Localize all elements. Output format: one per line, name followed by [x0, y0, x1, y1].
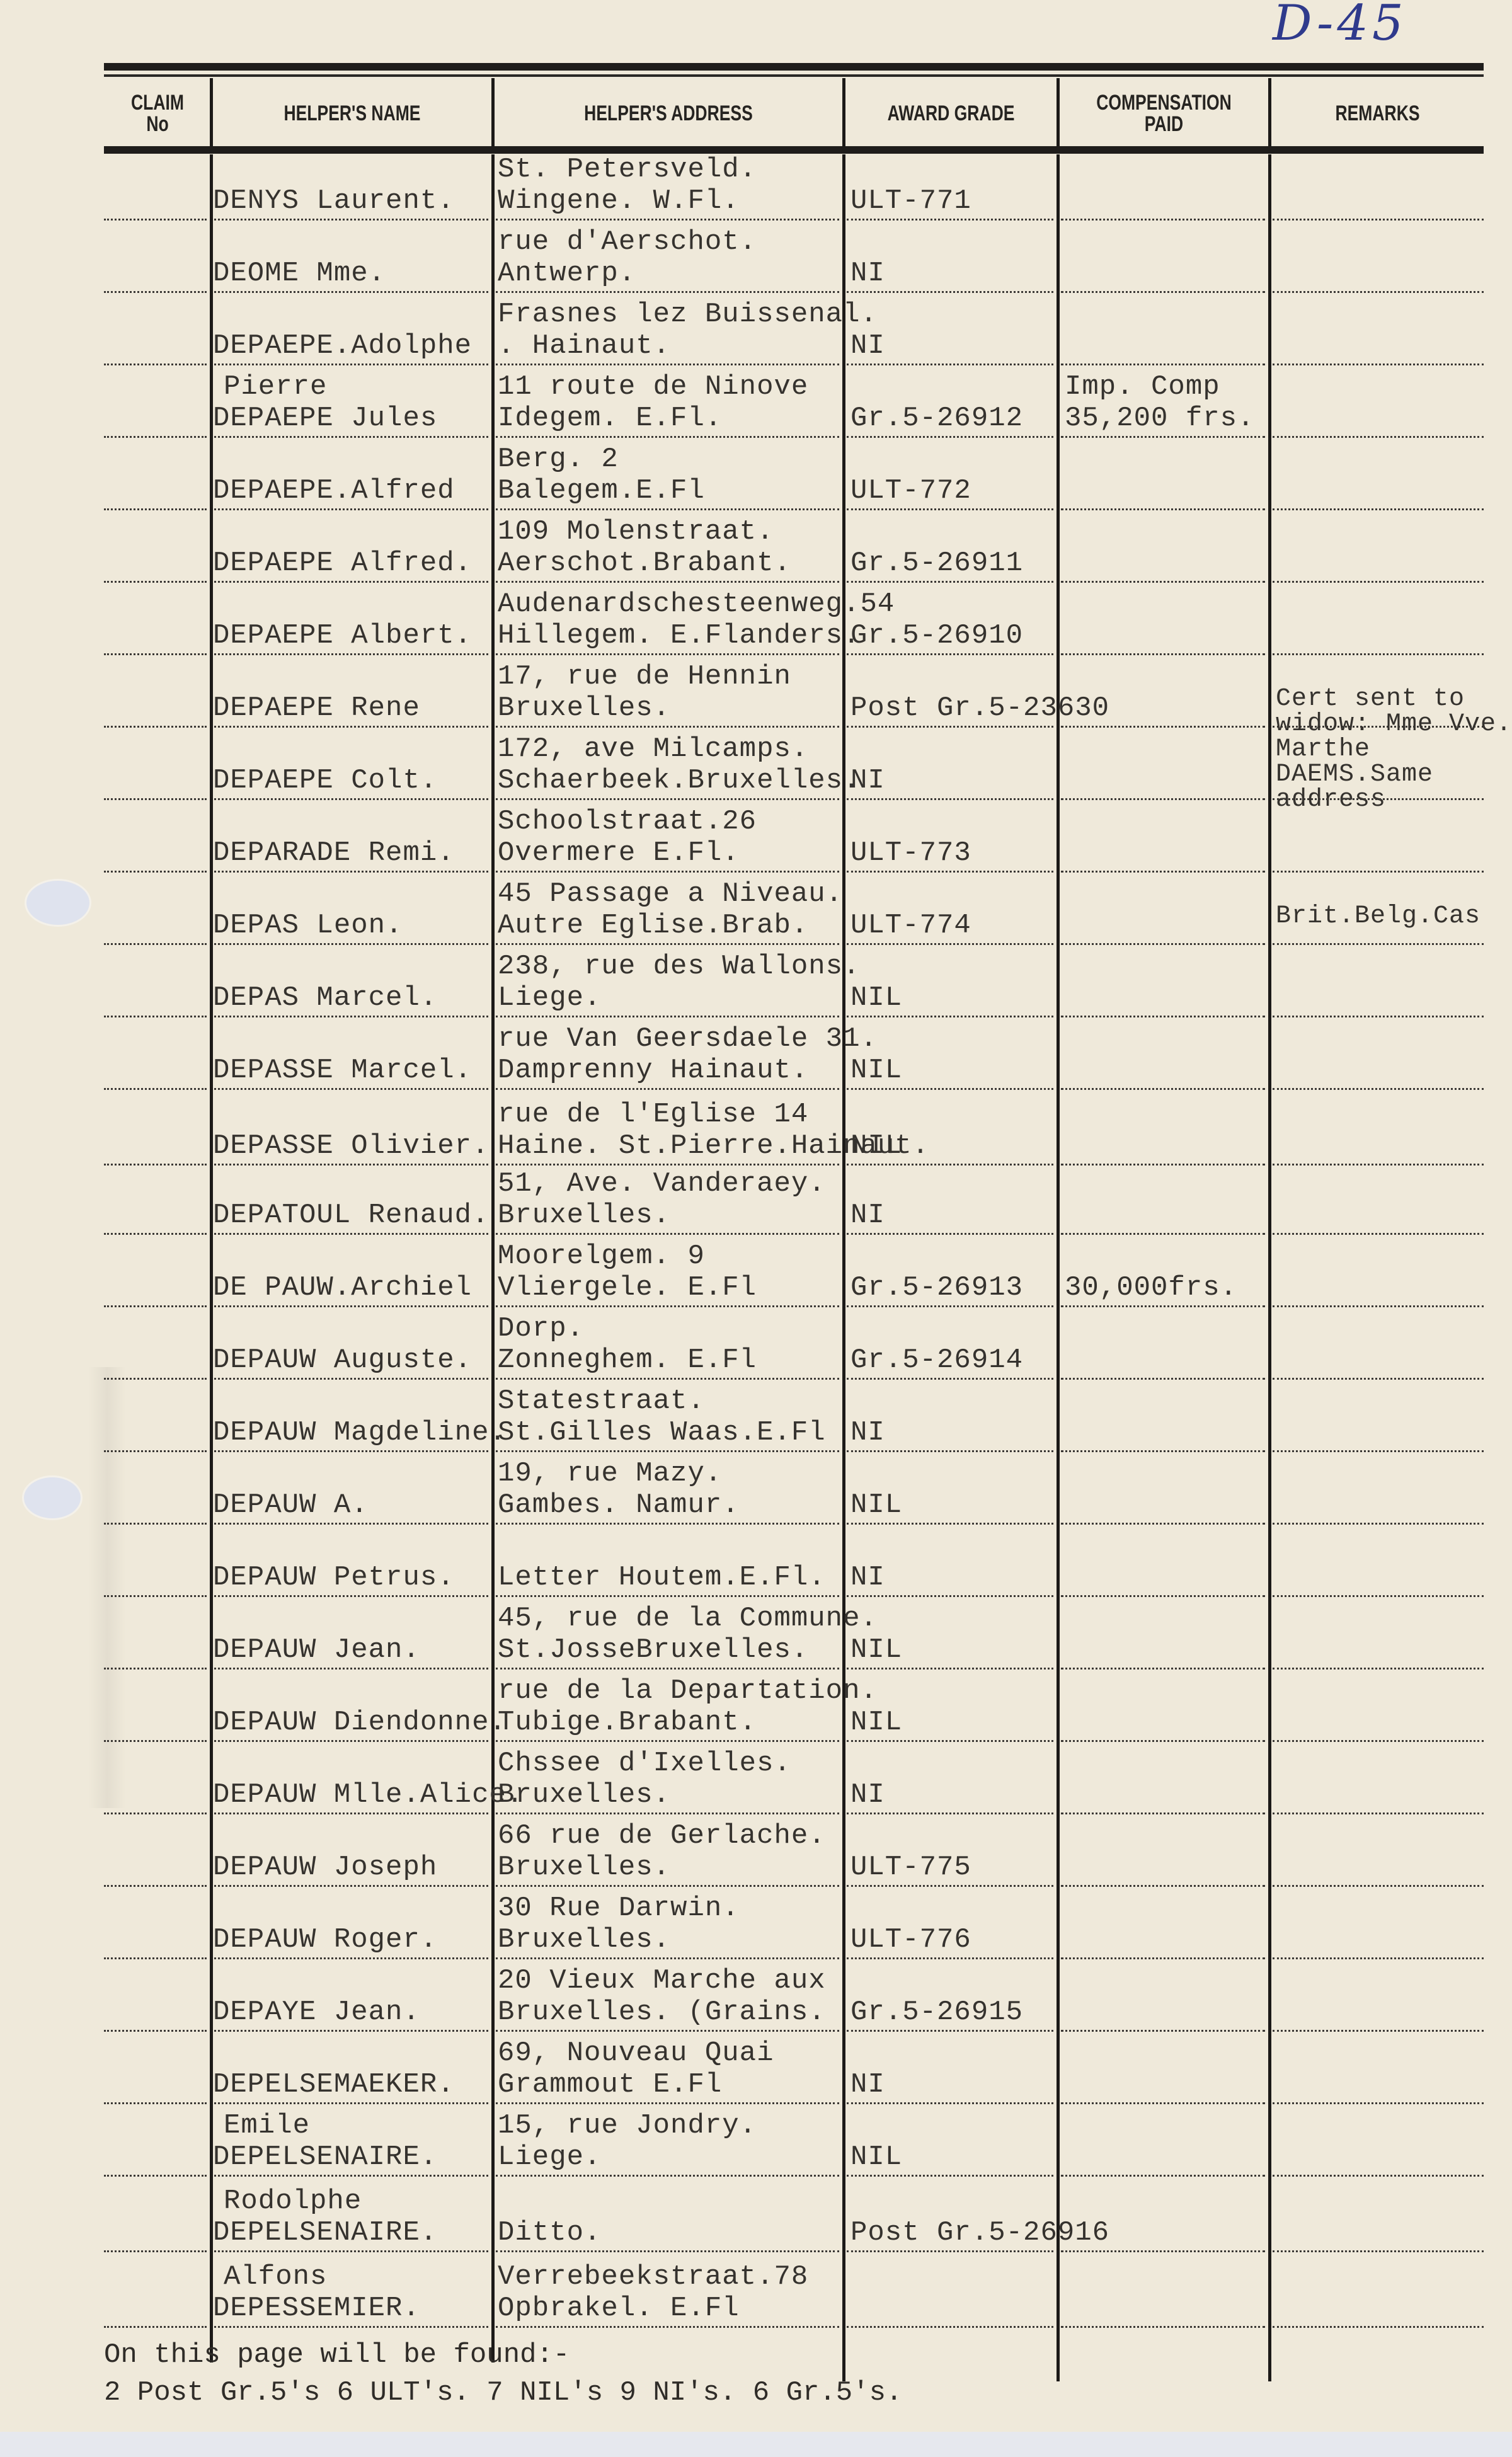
header-bottom-rule [104, 146, 1484, 154]
row-dotted-rule [1273, 1885, 1484, 1887]
row-dotted-rule [214, 2175, 488, 2177]
row-dotted-rule [496, 798, 839, 800]
column-header-award-grade: AWARD GRADE [869, 82, 1033, 145]
column-header-compensation-paid: COMPENSATION PAID [1082, 82, 1245, 145]
helper-address-line-1: Frasnes lez Buissenal. [498, 298, 878, 331]
helper-address-line-2: Autre Eglise.Brab. [498, 909, 808, 942]
row-dotted-rule [214, 1595, 488, 1597]
helper-address-line-1: rue de la Departation. [498, 1675, 878, 1707]
row-dotted-rule [104, 1088, 207, 1090]
row-dotted-rule [104, 2030, 207, 2032]
helper-name: DEPAEPE Alfred. [213, 547, 472, 580]
helper-name: DEPAEPE Rene [213, 692, 420, 724]
helper-address-line-1: 238, rue des Wallons. [498, 950, 861, 983]
header-divider [842, 78, 845, 146]
row-dotted-rule [214, 2030, 488, 2032]
binder-hole [26, 881, 89, 925]
row-dotted-rule [104, 219, 207, 220]
row-dotted-rule [496, 1088, 839, 1090]
row-dotted-rule [847, 436, 1053, 438]
helper-address-line-1: 19, rue Mazy. [498, 1457, 722, 1490]
row-dotted-rule [1273, 1088, 1484, 1090]
column-divider [842, 154, 845, 2381]
helper-name: DEPAUW Roger. [213, 1923, 437, 1956]
award-grade: NIL [850, 2141, 902, 2173]
row-dotted-rule [496, 1450, 839, 1452]
row-dotted-rule [104, 1305, 207, 1307]
row-dotted-rule [496, 871, 839, 873]
helper-address-line-2: Idegem. E.Fl. [498, 402, 722, 435]
row-dotted-rule [496, 1305, 839, 1307]
helper-address-line-2: Liege. [498, 982, 601, 1014]
row-dotted-rule [847, 943, 1053, 945]
row-dotted-rule [104, 653, 207, 655]
row-dotted-rule [1273, 1740, 1484, 1742]
row-dotted-rule [214, 219, 488, 220]
row-dotted-rule [214, 1305, 488, 1307]
row-dotted-rule [496, 2326, 839, 2328]
row-dotted-rule [847, 291, 1053, 293]
helper-address-line-2: Hillegem. E.Flanders. [498, 619, 861, 652]
row-dotted-rule [1273, 2175, 1484, 2177]
row-dotted-rule [104, 581, 207, 583]
row-dotted-rule [214, 364, 488, 365]
helper-address-line-1: Statestraat. [498, 1385, 705, 1417]
row-dotted-rule [496, 2175, 839, 2177]
row-dotted-rule [1061, 2030, 1265, 2032]
helper-address-line-2: Grammout E.Fl [498, 2068, 722, 2101]
row-dotted-rule [104, 1813, 207, 1814]
award-grade: NIL [850, 1634, 902, 1666]
helper-name: DEPAUW Joseph [213, 1851, 437, 1884]
row-dotted-rule [847, 1595, 1053, 1597]
helper-name: DEPASSE Olivier. [213, 1130, 489, 1162]
row-dotted-rule [496, 1885, 839, 1887]
row-dotted-rule [104, 2102, 207, 2104]
row-dotted-rule [1061, 1740, 1265, 1742]
helper-name: DEPASSE Marcel. [213, 1054, 472, 1087]
helper-first-name: Emile [224, 2109, 310, 2142]
row-dotted-rule [104, 508, 207, 510]
helper-name: DEPESSEMIER. [213, 2292, 420, 2325]
helper-address-line-2: Opbrakel. E.Fl [498, 2292, 740, 2325]
row-dotted-rule [214, 2102, 488, 2104]
helper-address-line-1: 45, rue de la Commune. [498, 1602, 878, 1635]
helper-name: DEPAEPE Jules [213, 402, 437, 435]
column-divider [491, 154, 495, 2362]
page-reference: D-45 [1273, 0, 1407, 52]
row-dotted-rule [1273, 1813, 1484, 1814]
row-dotted-rule [1061, 943, 1265, 945]
row-dotted-rule [847, 2175, 1053, 2177]
row-dotted-rule [1273, 1378, 1484, 1380]
award-grade: Gr.5-26914 [850, 1344, 1023, 1377]
helper-name: DEPAUW Petrus. [213, 1561, 455, 1594]
row-dotted-rule [1061, 1378, 1265, 1380]
row-dotted-rule [496, 364, 839, 365]
helper-address-line-1: 15, rue Jondry. [498, 2109, 757, 2142]
row-dotted-rule [847, 1668, 1053, 1669]
helper-address-line-2: Zonneghem. E.Fl [498, 1344, 757, 1377]
award-grade: Post Gr.5-26916 [850, 2216, 1109, 2249]
row-dotted-rule [496, 943, 839, 945]
row-dotted-rule [214, 871, 488, 873]
summary-line-1: On this page will be found:- [104, 2339, 570, 2371]
row-dotted-rule [847, 1233, 1053, 1235]
column-header-remarks: REMARKS [1295, 82, 1460, 145]
header-top-rule [104, 63, 1484, 71]
document-page: D-45 CLAIM No HELPER'S NAME HELPER'S ADD… [0, 0, 1512, 2432]
row-dotted-rule [1061, 291, 1265, 293]
row-dotted-rule [214, 2250, 488, 2252]
row-dotted-rule [214, 1668, 488, 1669]
helper-name: DE PAUW.Archiel [213, 1271, 472, 1304]
row-dotted-rule [104, 2175, 207, 2177]
row-dotted-rule [104, 1450, 207, 1452]
binder-hole [24, 1477, 81, 1518]
row-dotted-rule [104, 2250, 207, 2252]
row-dotted-rule [1061, 1957, 1265, 1959]
award-grade: NIL [850, 982, 902, 1014]
award-grade: ULT-773 [850, 837, 971, 869]
row-dotted-rule [1273, 364, 1484, 365]
helper-address-line-2: Bruxelles. [498, 1199, 670, 1232]
row-dotted-rule [1061, 1016, 1265, 1017]
row-dotted-rule [847, 2030, 1053, 2032]
helper-address-line-1: Moorelgem. 9 [498, 1240, 705, 1273]
helper-address-line-2: Ditto. [498, 2216, 601, 2249]
row-dotted-rule [496, 1813, 839, 1814]
row-dotted-rule [214, 436, 488, 438]
helper-address-line-1: 30 Rue Darwin. [498, 1892, 740, 1925]
header-divider [1057, 78, 1060, 146]
row-dotted-rule [1061, 1450, 1265, 1452]
row-dotted-rule [1061, 653, 1265, 655]
row-dotted-rule [104, 1668, 207, 1669]
helper-name: DEPAUW Diendonne. [213, 1706, 507, 1739]
row-dotted-rule [496, 1740, 839, 1742]
row-dotted-rule [847, 798, 1053, 800]
helper-address-line-2: Antwerp. [498, 257, 636, 290]
helper-address-line-2: Liege. [498, 2141, 601, 2173]
column-divider [1057, 154, 1060, 2381]
helper-first-name: Alfons [224, 2260, 327, 2293]
row-dotted-rule [214, 943, 488, 945]
row-dotted-rule [1061, 2250, 1265, 2252]
row-dotted-rule [1273, 2102, 1484, 2104]
helper-name: DEPAUW A. [213, 1489, 369, 1521]
helper-address-line-2: Wingene. W.Fl. [498, 185, 740, 217]
row-dotted-rule [496, 1523, 839, 1525]
row-dotted-rule [847, 2326, 1053, 2328]
helper-name: DEOME Mme. [213, 257, 386, 290]
helper-address-line-2: Schaerbeek.Bruxelles. [498, 764, 861, 797]
row-dotted-rule [1061, 1668, 1265, 1669]
row-dotted-rule [1273, 1957, 1484, 1959]
row-dotted-rule [214, 581, 488, 583]
row-dotted-rule [214, 1233, 488, 1235]
row-dotted-rule [214, 1740, 488, 1742]
helper-address-line-1: 20 Vieux Marche aux [498, 1964, 826, 1997]
compensation-line-1: Imp. Comp [1065, 370, 1220, 403]
award-grade: NI [850, 329, 885, 362]
helper-name: DEPAEPE Albert. [213, 619, 472, 652]
row-dotted-rule [104, 798, 207, 800]
row-dotted-rule [1273, 436, 1484, 438]
row-dotted-rule [1273, 1595, 1484, 1597]
row-dotted-rule [1273, 653, 1484, 655]
row-dotted-rule [1061, 2326, 1265, 2328]
row-dotted-rule [104, 871, 207, 873]
row-dotted-rule [847, 1305, 1053, 1307]
row-dotted-rule [1273, 1016, 1484, 1017]
helper-address-line-2: Bruxelles. [498, 1923, 670, 1956]
row-dotted-rule [1061, 581, 1265, 583]
row-dotted-rule [1273, 871, 1484, 873]
award-grade: NI [850, 1199, 885, 1232]
row-dotted-rule [496, 2030, 839, 2032]
row-dotted-rule [847, 1016, 1053, 1017]
helper-address-line-1: 11 route de Ninove [498, 370, 808, 403]
scan-background [0, 2432, 1512, 2457]
award-grade: Gr.5-26912 [850, 402, 1023, 435]
row-dotted-rule [104, 1885, 207, 1887]
paper-fold-shadow [88, 1367, 126, 1808]
row-dotted-rule [847, 1088, 1053, 1090]
helper-address-line-1: rue de l'Eglise 14 [498, 1098, 808, 1131]
award-grade: NIL [850, 1054, 902, 1087]
row-dotted-rule [1061, 1088, 1265, 1090]
helper-address-line-2: Aerschot.Brabant. [498, 547, 791, 580]
row-dotted-rule [496, 219, 839, 220]
award-grade: Post Gr.5-23630 [850, 692, 1109, 724]
helper-address-line-2: Bruxelles. (Grains. [498, 1996, 826, 2029]
row-dotted-rule [496, 291, 839, 293]
award-grade: NI [850, 1561, 885, 1594]
row-dotted-rule [1273, 581, 1484, 583]
row-dotted-rule [847, 1378, 1053, 1380]
row-dotted-rule [847, 1813, 1053, 1814]
row-dotted-rule [1273, 1450, 1484, 1452]
helper-address-line-1: Schoolstraat.26 [498, 805, 757, 838]
row-dotted-rule [1061, 1523, 1265, 1525]
header-divider [210, 78, 213, 146]
row-dotted-rule [214, 653, 488, 655]
helper-address-line-1: Verrebeekstraat.78 [498, 2260, 808, 2293]
row-dotted-rule [1061, 508, 1265, 510]
row-dotted-rule [1061, 2175, 1265, 2177]
award-grade: ULT-771 [850, 185, 971, 217]
row-dotted-rule [214, 508, 488, 510]
helper-address-line-2: Bruxelles. [498, 692, 670, 724]
row-dotted-rule [214, 1957, 488, 1959]
row-dotted-rule [1273, 1164, 1484, 1165]
helper-address-line-1: Audenardschesteenweg.54 [498, 588, 895, 621]
row-dotted-rule [1061, 2102, 1265, 2104]
row-dotted-rule [847, 653, 1053, 655]
row-dotted-rule [214, 798, 488, 800]
helper-address-line-1: Chssee d'Ixelles. [498, 1747, 791, 1780]
award-grade: ULT-772 [850, 474, 971, 507]
row-dotted-rule [847, 581, 1053, 583]
row-dotted-rule [1273, 1668, 1484, 1669]
row-dotted-rule [1061, 1164, 1265, 1165]
award-grade: NI [850, 257, 885, 290]
row-dotted-rule [496, 1378, 839, 1380]
helper-name: DENYS Laurent. [213, 185, 455, 217]
header-top-thin-rule [104, 74, 1484, 77]
helper-address-line-2: Gambes. Namur. [498, 1489, 740, 1521]
helper-first-name: Rodolphe [224, 2185, 362, 2218]
helper-address-line-2: Letter Houtem.E.Fl. [498, 1561, 826, 1594]
compensation-line-2: 30,000frs. [1065, 1271, 1237, 1304]
row-dotted-rule [214, 1378, 488, 1380]
row-dotted-rule [847, 1740, 1053, 1742]
row-dotted-rule [104, 1740, 207, 1742]
row-dotted-rule [214, 1885, 488, 1887]
row-dotted-rule [1273, 508, 1484, 510]
row-dotted-rule [1061, 436, 1265, 438]
row-dotted-rule [1273, 1523, 1484, 1525]
row-dotted-rule [104, 1378, 207, 1380]
row-dotted-rule [214, 291, 488, 293]
helper-address-line-2: St.JosseBruxelles. [498, 1634, 808, 1666]
helper-address-line-2: Damprenny Hainaut. [498, 1054, 808, 1087]
award-grade: NIL [850, 1130, 902, 1162]
row-dotted-rule [1061, 1233, 1265, 1235]
helper-name: DEPELSEMAEKER. [213, 2068, 455, 2101]
remarks: Brit.Belg.Cas [1276, 904, 1512, 929]
row-dotted-rule [1273, 2326, 1484, 2328]
helper-name: DEPARADE Remi. [213, 837, 455, 869]
award-grade: NI [850, 1778, 885, 1811]
row-dotted-rule [496, 726, 839, 728]
header-divider [1268, 78, 1271, 146]
row-dotted-rule [847, 1450, 1053, 1452]
row-dotted-rule [847, 871, 1053, 873]
row-dotted-rule [496, 2102, 839, 2104]
row-dotted-rule [496, 1016, 839, 1017]
row-dotted-rule [214, 1088, 488, 1090]
row-dotted-rule [104, 436, 207, 438]
column-header-helper-name: HELPER'S NAME [244, 82, 461, 145]
row-dotted-rule [214, 1016, 488, 1017]
row-dotted-rule [847, 1885, 1053, 1887]
row-dotted-rule [1273, 798, 1484, 800]
helper-address-line-1: 17, rue de Hennin [498, 660, 791, 693]
row-dotted-rule [847, 1523, 1053, 1525]
helper-address-line-2: Vliergele. E.Fl [498, 1271, 757, 1304]
row-dotted-rule [496, 508, 839, 510]
helper-address-line-2: Bruxelles. [498, 1851, 670, 1884]
helper-address-line-1: 172, ave Milcamps. [498, 733, 808, 765]
award-grade: ULT-774 [850, 909, 971, 942]
helper-name: DEPAS Leon. [213, 909, 403, 942]
compensation-line-2: 35,200 frs. [1065, 402, 1254, 435]
helper-address-line-1: St. Petersveld. [498, 153, 757, 186]
row-dotted-rule [1273, 2250, 1484, 2252]
column-header-claim-no: CLAIM No [116, 82, 200, 145]
row-dotted-rule [104, 291, 207, 293]
remarks: Cert sent to widow: Mme Vve. Marthe DAEM… [1276, 687, 1512, 813]
helper-name: DEPAUW Jean. [213, 1634, 420, 1666]
row-dotted-rule [104, 726, 207, 728]
award-grade: Gr.5-26913 [850, 1271, 1023, 1304]
helper-address-line-2: Overmere E.Fl. [498, 837, 740, 869]
award-grade: Gr.5-26915 [850, 1996, 1023, 2029]
helper-address-line-1: rue Van Geersdaele 31. [498, 1022, 878, 1055]
row-dotted-rule [104, 1523, 207, 1525]
helper-address-line-2: St.Gilles Waas.E.Fl [498, 1416, 826, 1449]
helper-address-line-1: Dorp. [498, 1312, 584, 1345]
row-dotted-rule [1061, 798, 1265, 800]
row-dotted-rule [496, 1957, 839, 1959]
award-grade: NI [850, 1416, 885, 1449]
column-divider [1268, 154, 1271, 2381]
helper-name: DEPELSENAIRE. [213, 2216, 437, 2249]
helper-address-line-2: Tubige.Brabant. [498, 1706, 757, 1739]
row-dotted-rule [104, 2326, 207, 2328]
helper-address-line-1: 109 Molenstraat. [498, 515, 774, 548]
row-dotted-rule [214, 2326, 488, 2328]
award-grade: NI [850, 764, 885, 797]
row-dotted-rule [214, 1164, 488, 1165]
row-dotted-rule [1061, 219, 1265, 220]
row-dotted-rule [847, 2250, 1053, 2252]
row-dotted-rule [847, 508, 1053, 510]
award-grade: NI [850, 2068, 885, 2101]
row-dotted-rule [214, 1813, 488, 1814]
award-grade: NIL [850, 1489, 902, 1521]
helper-address-line-1: 51, Ave. Vanderaey. [498, 1167, 826, 1200]
row-dotted-rule [496, 581, 839, 583]
helper-address-line-1: 45 Passage a Niveau. [498, 878, 843, 910]
helper-address-line-1: 69, Nouveau Quai [498, 2037, 774, 2070]
row-dotted-rule [847, 1957, 1053, 1959]
row-dotted-rule [1061, 871, 1265, 873]
helper-name: DEPELSENAIRE. [213, 2141, 437, 2173]
row-dotted-rule [104, 364, 207, 365]
row-dotted-rule [1061, 726, 1265, 728]
row-dotted-rule [847, 364, 1053, 365]
row-dotted-rule [214, 726, 488, 728]
header-divider [491, 78, 495, 146]
summary-line-2: 2 Post Gr.5's 6 ULT's. 7 NIL's 9 NI's. 6… [104, 2376, 902, 2409]
helper-address-line-1: Berg. 2 [498, 443, 619, 476]
helper-address-line-1: 66 rue de Gerlache. [498, 1819, 826, 1852]
award-grade: ULT-776 [850, 1923, 971, 1956]
row-dotted-rule [496, 653, 839, 655]
helper-address-line-2: Balegem.E.Fl [498, 474, 705, 507]
award-grade: NIL [850, 1706, 902, 1739]
helper-name: DEPATOUL Renaud. [213, 1199, 489, 1232]
row-dotted-rule [496, 2250, 839, 2252]
helper-name: DEPAEPE.Alfred [213, 474, 455, 507]
helper-name: DEPAUW Auguste. [213, 1344, 472, 1377]
column-header-helper-address: HELPER'S ADDRESS [533, 82, 805, 145]
award-grade: ULT-775 [850, 1851, 971, 1884]
row-dotted-rule [104, 1164, 207, 1165]
row-dotted-rule [847, 2102, 1053, 2104]
row-dotted-rule [104, 1957, 207, 1959]
row-dotted-rule [847, 726, 1053, 728]
row-dotted-rule [496, 436, 839, 438]
row-dotted-rule [496, 1233, 839, 1235]
helper-first-name: Pierre [224, 370, 327, 403]
row-dotted-rule [496, 1164, 839, 1165]
helper-name: DEPAEPE Colt. [213, 764, 437, 797]
helper-name: DEPAEPE.Adolphe [213, 329, 472, 362]
